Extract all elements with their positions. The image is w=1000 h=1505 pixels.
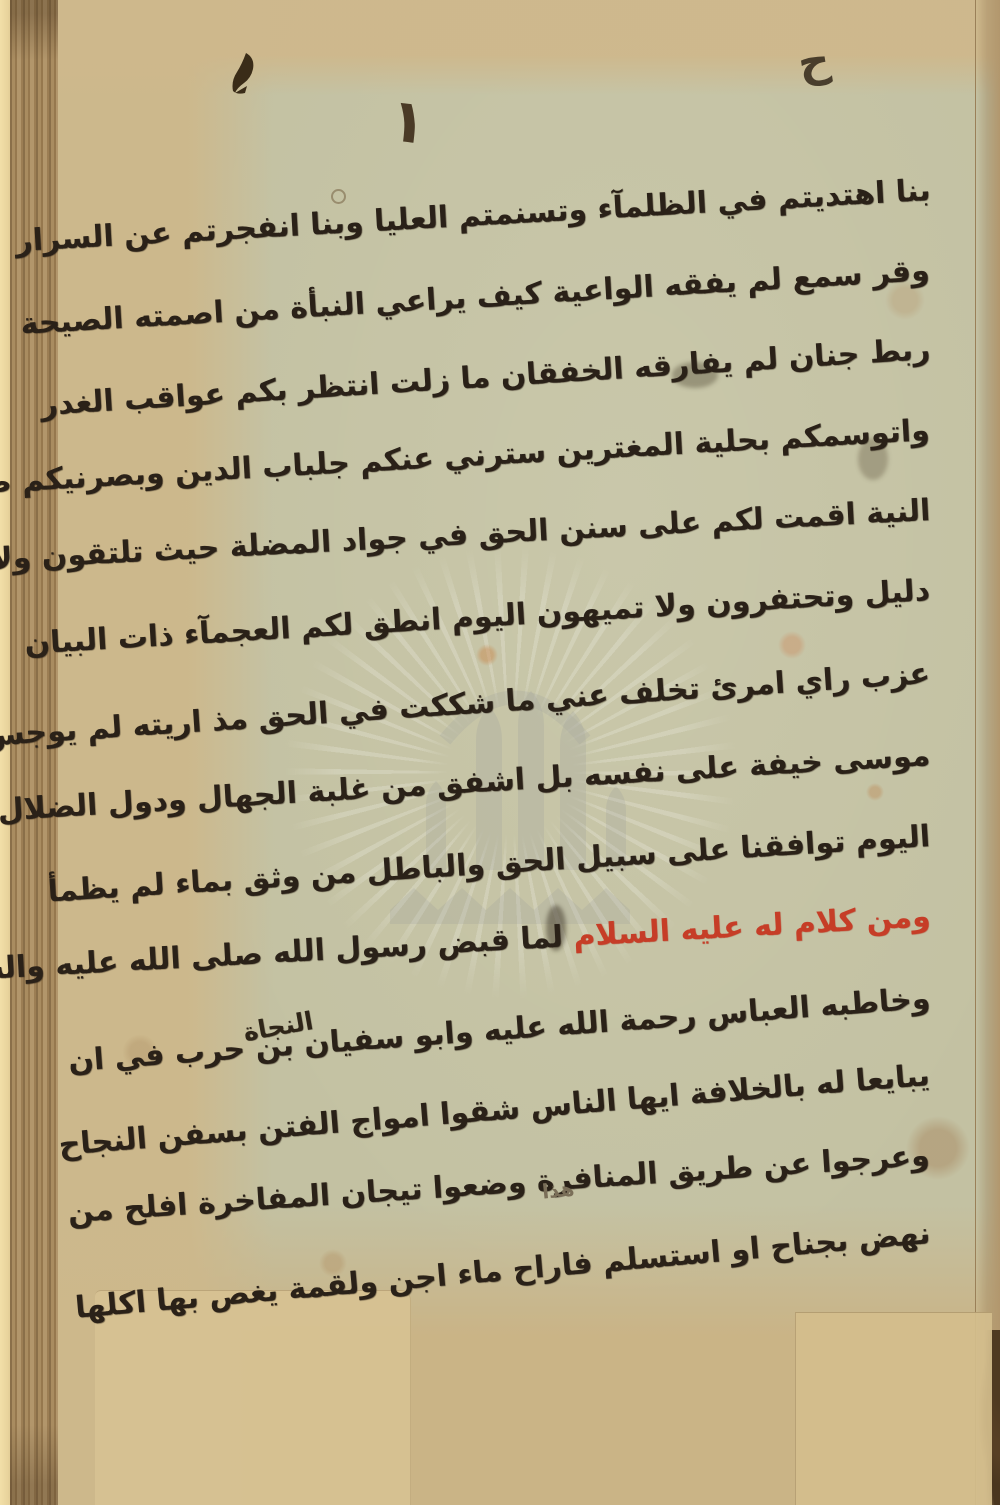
- manuscript-scan: { "page": { "folio_number": "١", "catchw…: [0, 0, 1000, 1505]
- pause-mark-ring: [331, 189, 346, 204]
- catchword-mark: ح: [795, 38, 833, 86]
- ink-blot: [230, 52, 256, 94]
- folio-number: ١: [386, 90, 430, 154]
- interlinear-correction: هذا: [541, 1176, 576, 1203]
